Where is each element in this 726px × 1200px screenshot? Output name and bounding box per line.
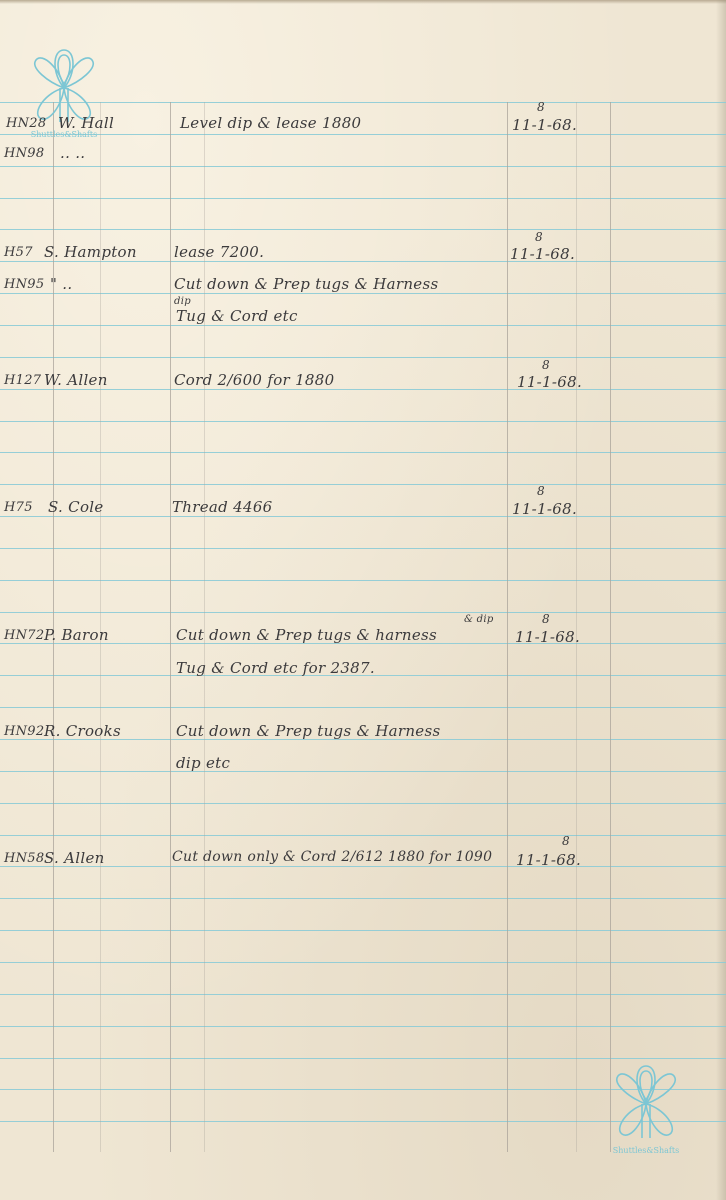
page-top-edge — [0, 0, 726, 4]
ruled-line — [0, 962, 726, 963]
ruled-line — [0, 1026, 726, 1027]
ruled-line — [0, 548, 726, 549]
entry-name: S. Allen — [44, 849, 105, 867]
entry-name: W. Allen — [44, 371, 108, 389]
entry-name: W. Hall — [58, 114, 114, 132]
entry-name-ditto: .. .. — [60, 144, 85, 162]
entry-code: H57 — [4, 245, 33, 260]
watermark-text: Shuttles&Shafts — [613, 1146, 679, 1155]
ruled-line — [0, 421, 726, 422]
entry-description: Cut down & Prep tugs & harness — [176, 626, 437, 644]
column-divider-date-sub — [576, 102, 577, 1152]
column-divider-date — [610, 102, 611, 1152]
description-superscript: & dip — [464, 614, 494, 625]
entry-description: Cut down & Prep tugs & Harness — [174, 275, 438, 293]
ruled-line — [0, 229, 726, 230]
ruled-line — [0, 325, 726, 326]
ruled-line — [0, 166, 726, 167]
celtic-knot-icon — [608, 1060, 684, 1148]
ruled-line — [0, 866, 726, 867]
entry-name: S. Cole — [48, 498, 104, 516]
date-superscript: 8 — [535, 230, 543, 244]
date-superscript: 8 — [537, 484, 545, 498]
ruled-line — [0, 389, 726, 390]
entry-name-ditto: " .. — [50, 275, 72, 293]
ruled-line — [0, 771, 726, 772]
ruled-line — [0, 293, 726, 294]
entry-date: 11-1-68. — [512, 116, 577, 134]
date-superscript: 8 — [542, 612, 550, 626]
ruled-line — [0, 261, 726, 262]
ruled-line — [0, 516, 726, 517]
entry-description: Tug & Cord etc for 2387. — [176, 659, 375, 677]
ruled-line — [0, 102, 726, 103]
entry-name: R. Crooks — [44, 722, 121, 740]
entry-description: Cut down only & Cord 2/612 1880 for 1090 — [172, 849, 492, 865]
entry-date: 11-1-68. — [512, 500, 577, 518]
ruled-line — [0, 930, 726, 931]
date-superscript: 8 — [562, 834, 570, 848]
entry-name: S. Hampton — [44, 243, 137, 261]
ruled-line — [0, 580, 726, 581]
entry-description: Tug & Cord etc — [176, 307, 298, 325]
date-superscript: 8 — [542, 358, 550, 372]
column-divider-name — [170, 102, 171, 1152]
ruled-line — [0, 134, 726, 135]
ruled-line — [0, 707, 726, 708]
ruled-line — [0, 898, 726, 899]
entry-date: 11-1-68. — [510, 245, 575, 263]
ruled-line — [0, 612, 726, 613]
ruled-line — [0, 835, 726, 836]
entry-name: P. Baron — [44, 626, 109, 644]
entry-description: Cut down & Prep tugs & Harness — [176, 722, 440, 740]
entry-description: Cord 2/600 for 1880 — [174, 371, 334, 389]
description-superscript: dip — [174, 296, 191, 307]
entry-date: 11-1-68. — [517, 373, 582, 391]
entry-code: HN72 — [4, 628, 44, 643]
entry-code: HN98 — [4, 146, 44, 161]
entry-code: HN95 — [4, 277, 44, 292]
ruled-line — [0, 357, 726, 358]
entry-code: HN28 — [6, 116, 46, 131]
entry-code: HN92 — [4, 724, 44, 739]
entry-date: 11-1-68. — [516, 851, 581, 869]
ruled-line — [0, 803, 726, 804]
watermark-bottom-right: Shuttles&Shafts — [608, 1060, 684, 1155]
ruled-line — [0, 198, 726, 199]
ruled-line — [0, 1058, 726, 1059]
entry-description: dip etc — [176, 754, 230, 772]
entry-code: HN58 — [4, 851, 44, 866]
entry-date: 11-1-68. — [515, 628, 580, 646]
entry-code: H127 — [4, 373, 41, 388]
entry-description: lease 7200. — [174, 243, 264, 261]
entry-description: Level dip & lease 1880 — [180, 114, 361, 132]
page-right-edge — [716, 0, 726, 1200]
entry-code: H75 — [4, 500, 33, 515]
ruled-line — [0, 452, 726, 453]
entry-description: Thread 4466 — [172, 498, 273, 516]
ruled-line — [0, 484, 726, 485]
ruled-line — [0, 994, 726, 995]
column-divider-description — [507, 102, 508, 1152]
date-superscript: 8 — [537, 100, 545, 114]
